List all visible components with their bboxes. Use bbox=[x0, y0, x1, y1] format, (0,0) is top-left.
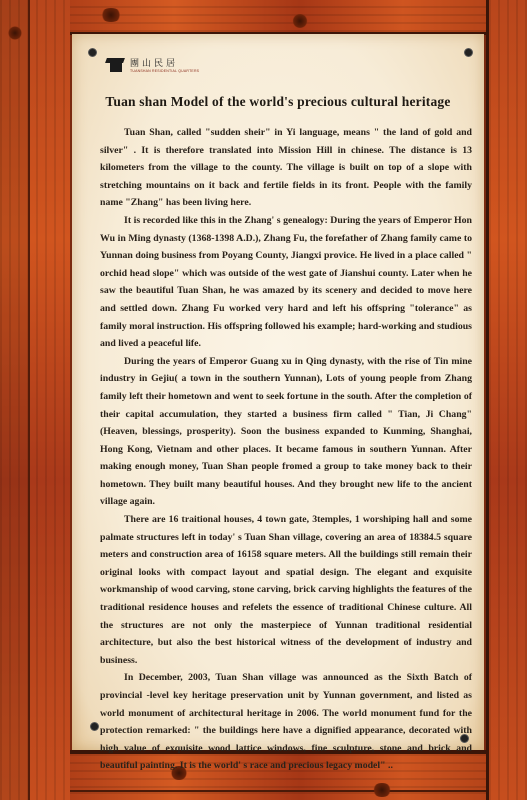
screw-icon bbox=[88, 48, 97, 57]
screw-icon bbox=[464, 48, 473, 57]
wood-knot bbox=[8, 26, 22, 40]
wooden-post-right bbox=[486, 0, 527, 800]
sign-body: Tuan Shan, called "sudden sheir" in Yi l… bbox=[100, 124, 472, 775]
wooden-beam-top bbox=[70, 0, 486, 35]
wooden-post-left-outer bbox=[0, 0, 30, 800]
wooden-beam-bottom-lower bbox=[70, 790, 486, 800]
wood-knot bbox=[372, 783, 392, 797]
wood-knot bbox=[292, 14, 308, 28]
house-logo-icon bbox=[106, 58, 124, 72]
logo-chinese-text: 團山民居 bbox=[130, 58, 199, 68]
paragraph-heritage-status: In December, 2003, Tuan Shan village was… bbox=[100, 669, 472, 775]
sign-title: Tuan shan Model of the world's precious … bbox=[72, 94, 484, 110]
paragraph-genealogy: It is recorded like this in the Zhang' s… bbox=[100, 212, 472, 353]
paragraph-buildings: There are 16 traitional houses, 4 town g… bbox=[100, 511, 472, 669]
logo-english-text: TUANSHAN RESIDENTIAL QUARTERS bbox=[130, 68, 199, 74]
wood-knot bbox=[100, 8, 122, 22]
paragraph-history-name: Tuan Shan, called "sudden sheir" in Yi l… bbox=[100, 124, 472, 212]
paragraph-qing-dynasty: During the years of Emperor Guang xu in … bbox=[100, 353, 472, 511]
sign-logo: 團山民居 TUANSHAN RESIDENTIAL QUARTERS bbox=[106, 58, 199, 74]
screw-icon bbox=[90, 722, 99, 731]
information-sign: 團山民居 TUANSHAN RESIDENTIAL QUARTERS Tuan … bbox=[72, 34, 484, 750]
